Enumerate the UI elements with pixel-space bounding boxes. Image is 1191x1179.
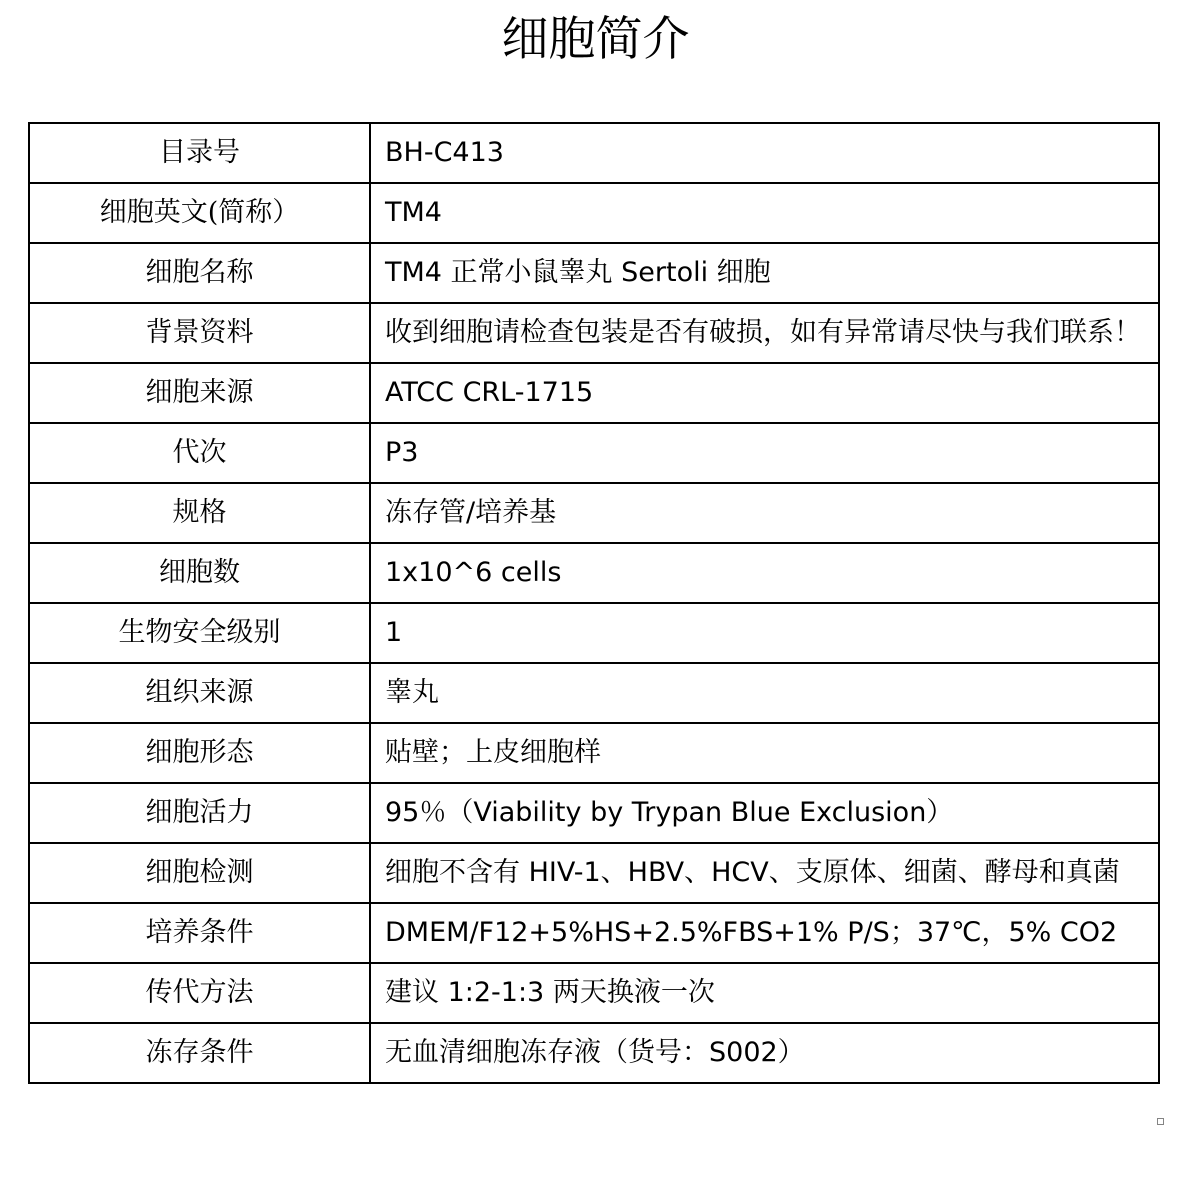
row-value: 1 xyxy=(370,603,1159,663)
row-value: 1x10^6 cells xyxy=(370,543,1159,603)
row-label: 背景资料 xyxy=(29,303,370,363)
table-row: 背景资料 收到细胞请检查包装是否有破损，如有异常请尽快与我们联系！ xyxy=(29,303,1159,363)
table-row: 培养条件 DMEM/F12+5%HS+2.5%FBS+1% P/S；37℃，5%… xyxy=(29,903,1159,963)
document-page: 细胞简介 目录号 BH-C413 细胞英文(简称） TM4 细胞名称 TM4 正… xyxy=(0,0,1191,1179)
row-label: 规格 xyxy=(29,483,370,543)
row-value: DMEM/F12+5%HS+2.5%FBS+1% P/S；37℃，5% CO2 xyxy=(370,903,1159,963)
table-row: 代次 P3 xyxy=(29,423,1159,483)
table-resize-handle[interactable] xyxy=(1157,1118,1164,1125)
row-label: 传代方法 xyxy=(29,963,370,1023)
table-row: 细胞名称 TM4 正常小鼠睾丸 Sertoli 细胞 xyxy=(29,243,1159,303)
row-value: ATCC CRL-1715 xyxy=(370,363,1159,423)
row-value: 建议 1:2-1:3 两天换液一次 xyxy=(370,963,1159,1023)
cell-info-table-body: 目录号 BH-C413 细胞英文(简称） TM4 细胞名称 TM4 正常小鼠睾丸… xyxy=(29,123,1159,1083)
row-value: TM4 正常小鼠睾丸 Sertoli 细胞 xyxy=(370,243,1159,303)
row-value: TM4 xyxy=(370,183,1159,243)
row-label: 培养条件 xyxy=(29,903,370,963)
row-value: 无血清细胞冻存液（货号：S002） xyxy=(370,1023,1159,1083)
table-row: 生物安全级别 1 xyxy=(29,603,1159,663)
table-row: 规格 冻存管/培养基 xyxy=(29,483,1159,543)
row-value: P3 xyxy=(370,423,1159,483)
row-value: 睾丸 xyxy=(370,663,1159,723)
table-row: 细胞检测 细胞不含有 HIV-1、HBV、HCV、支原体、细菌、酵母和真菌 xyxy=(29,843,1159,903)
table-row: 细胞形态 贴壁；上皮细胞样 xyxy=(29,723,1159,783)
table-row: 组织来源 睾丸 xyxy=(29,663,1159,723)
row-value: 贴壁；上皮细胞样 xyxy=(370,723,1159,783)
row-label: 细胞数 xyxy=(29,543,370,603)
row-label: 代次 xyxy=(29,423,370,483)
page-title: 细胞简介 xyxy=(0,0,1191,70)
row-label: 目录号 xyxy=(29,123,370,183)
row-value: 收到细胞请检查包装是否有破损，如有异常请尽快与我们联系！ xyxy=(370,303,1159,363)
row-label: 组织来源 xyxy=(29,663,370,723)
row-value: 冻存管/培养基 xyxy=(370,483,1159,543)
row-label: 细胞来源 xyxy=(29,363,370,423)
table-row: 冻存条件 无血清细胞冻存液（货号：S002） xyxy=(29,1023,1159,1083)
row-value: 95％（Viability by Trypan Blue Exclusion） xyxy=(370,783,1159,843)
row-value: 细胞不含有 HIV-1、HBV、HCV、支原体、细菌、酵母和真菌 xyxy=(370,843,1159,903)
row-label: 细胞活力 xyxy=(29,783,370,843)
row-label: 细胞检测 xyxy=(29,843,370,903)
table-row: 细胞来源 ATCC CRL-1715 xyxy=(29,363,1159,423)
row-label: 生物安全级别 xyxy=(29,603,370,663)
table-row: 细胞英文(简称） TM4 xyxy=(29,183,1159,243)
table-row: 传代方法 建议 1:2-1:3 两天换液一次 xyxy=(29,963,1159,1023)
row-label: 细胞名称 xyxy=(29,243,370,303)
row-value: BH-C413 xyxy=(370,123,1159,183)
cell-info-table: 目录号 BH-C413 细胞英文(简称） TM4 细胞名称 TM4 正常小鼠睾丸… xyxy=(28,122,1160,1084)
table-row: 目录号 BH-C413 xyxy=(29,123,1159,183)
table-row: 细胞数 1x10^6 cells xyxy=(29,543,1159,603)
row-label: 冻存条件 xyxy=(29,1023,370,1083)
table-row: 细胞活力 95％（Viability by Trypan Blue Exclus… xyxy=(29,783,1159,843)
row-label: 细胞英文(简称） xyxy=(29,183,370,243)
row-label: 细胞形态 xyxy=(29,723,370,783)
